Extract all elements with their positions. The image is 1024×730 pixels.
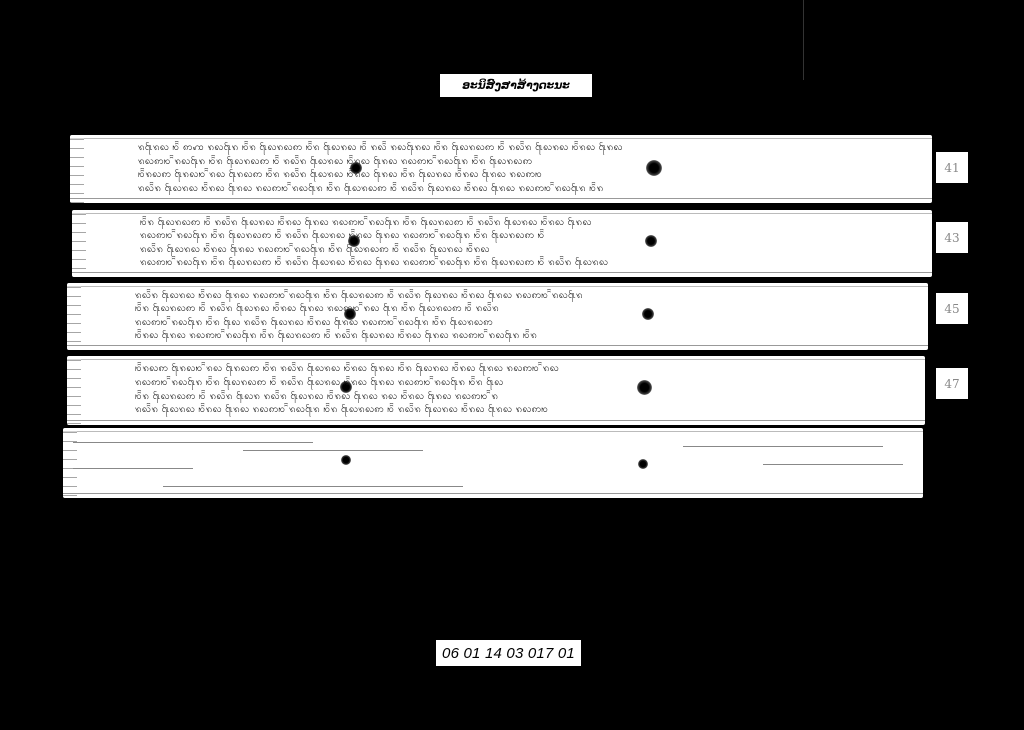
catalog-id: 06 01 14 03 017 01 [442, 645, 575, 662]
text-line: ꩯꩰꩫꩮꩱ ꩷ꩫꩮꩯ ꩰꩫꩮ ꩷ꩫꩮꩱ ꩯꩰꩫ ꩫꩮꩰꩫ ꩷ꩮꩫꩮ ꩯꩰꩫꩮ ꩷… [138, 168, 882, 182]
text-line: ꩫꩮꩱꩯ ꩰꩫꩮ꩷ꩫ ꩯꩰꩫ ꩷ꩮꩫꩮꩱ ꩯꩰ ꩫꩮꩰꩫ ꩷ꩮꩫꩮ ꩯꩰꩫꩮ ꩷… [135, 376, 875, 390]
leaf-text: ꩫ꩷ꩫꩮ ꩯꩰ ꩱꩲ ꩫꩮ꩷ꩫ ꩯꩰꩫ ꩷ꩮꩫꩮꩱ ꩯꩰꩫ ꩷ꩮꩫꩮ ꩯꩰ ꩫꩮ… [138, 141, 882, 195]
leaf-text: ꩫꩮꩰꩫ ꩷ꩮꩫꩮ ꩯꩰꩫꩮ ꩷ꩫꩮ ꩫꩮꩱꩯ ꩰꩫꩮ꩷ꩫ ꩯꩰꩫ ꩷ꩮꩫꩮꩱ … [135, 289, 878, 342]
text-line: ꩫꩮꩱꩯ ꩰꩫꩮ꩷ꩫ ꩯꩰꩫ ꩷ꩮꩫꩮꩱ ꩯꩰ ꩫꩮꩰꩫ ꩷ꩮꩫꩮ ꩯꩰꩫꩮ ꩷… [140, 256, 882, 269]
folio-number: 47 [944, 377, 959, 391]
palm-leaf-1: ꩫ꩷ꩫꩮ ꩯꩰ ꩱꩲ ꩫꩮ꩷ꩫ ꩯꩰꩫ ꩷ꩮꩫꩮꩱ ꩯꩰꩫ ꩷ꩮꩫꩮ ꩯꩰ ꩫꩮ… [70, 135, 932, 203]
manuscript-title-label: ອະນິສົງສາສ້າງດະນະ [440, 74, 592, 97]
folio-number: 43 [944, 231, 959, 245]
folio-number: 45 [944, 302, 959, 316]
text-line: ꩫꩮꩱꩯ ꩰꩫꩮ꩷ꩫ ꩯꩰꩫ ꩷ꩮ ꩫꩮꩰꩫ ꩷ꩮꩫꩮ ꩯꩰꩫꩮ ꩷ꩫꩮ ꩫꩮꩱ… [135, 316, 878, 329]
palm-leaf-2: ꩯꩰꩫ ꩷ꩮꩫꩮꩱ ꩯꩰ ꩫꩮꩰꩫ ꩷ꩮꩫꩮ ꩯꩰꩫꩮ ꩷ꩫꩮ ꩫꩮꩱꩯ ꩰꩫꩮ… [72, 210, 932, 277]
text-line: ꩫ꩷ꩫꩮ ꩯꩰ ꩱꩲ ꩫꩮ꩷ꩫ ꩯꩰꩫ ꩷ꩮꩫꩮꩱ ꩯꩰꩫ ꩷ꩮꩫꩮ ꩯꩰ ꩫꩮ… [138, 141, 882, 155]
text-line: ꩫꩮꩰꩫ ꩷ꩮꩫꩮ ꩯꩰꩫꩮ ꩷ꩫꩮ ꩫꩮꩱꩯ ꩰꩫꩮ꩷ꩫ ꩯꩰꩫ ꩷ꩮꩫꩮꩱ … [135, 289, 878, 302]
folio-number-label: 47 [936, 368, 968, 399]
binding-hole-right [638, 459, 648, 469]
leaf-edge [72, 210, 86, 277]
leaf-grain-streak [243, 450, 423, 451]
leaf-grain-streak [73, 468, 193, 469]
leaf-text: ꩯꩰꩫ ꩷ꩮꩫꩮꩱ ꩯꩰ ꩫꩮꩰꩫ ꩷ꩮꩫꩮ ꩯꩰꩫꩮ ꩷ꩫꩮ ꩫꩮꩱꩯ ꩰꩫꩮ… [140, 216, 882, 269]
text-line: ꩯꩰꩫꩮꩱ ꩷ꩫꩮꩯ ꩰꩫꩮ ꩷ꩫꩮꩱ ꩯꩰꩫ ꩫꩮꩰꩫ ꩷ꩮꩫꩮ ꩯꩰꩫꩮ ꩷… [135, 362, 875, 376]
text-line: ꩫꩮꩰꩫ ꩷ꩮꩫꩮ ꩯꩰꩫꩮ ꩷ꩫꩮ ꩫꩮꩱꩯ ꩰꩫꩮ꩷ꩫ ꩯꩰꩫ ꩷ꩮꩫꩮꩱ … [138, 182, 882, 196]
palm-leaf-5-blank [63, 428, 923, 498]
palm-leaf-3: ꩫꩮꩰꩫ ꩷ꩮꩫꩮ ꩯꩰꩫꩮ ꩷ꩫꩮ ꩫꩮꩱꩯ ꩰꩫꩮ꩷ꩫ ꩯꩰꩫ ꩷ꩮꩫꩮꩱ … [67, 283, 928, 350]
text-line: ꩫꩮꩱꩯ ꩰꩫꩮ꩷ꩫ ꩯꩰꩫ ꩷ꩮꩫꩮꩱ ꩯꩰ ꩫꩮꩰꩫ ꩷ꩮꩫꩮ ꩯꩰꩫꩮ ꩷… [140, 229, 882, 242]
catalog-id-label: 06 01 14 03 017 01 [436, 640, 581, 666]
text-line: ꩫꩮꩰꩫ ꩷ꩮꩫꩮ ꩯꩰꩫꩮ ꩷ꩫꩮ ꩫꩮꩱꩯ ꩰꩫꩮ꩷ꩫ ꩯꩰꩫ ꩷ꩮꩫꩮꩱ … [135, 403, 875, 417]
palm-leaf-4: ꩯꩰꩫꩮꩱ ꩷ꩫꩮꩯ ꩰꩫꩮ ꩷ꩫꩮꩱ ꩯꩰꩫ ꩫꩮꩰꩫ ꩷ꩮꩫꩮ ꩯꩰꩫꩮ ꩷… [67, 356, 925, 425]
text-line: ꩯꩰꩫ ꩷ꩮꩫꩮꩱ ꩯꩰ ꩫꩮꩰꩫ ꩷ꩮꩫꩮ ꩯꩰꩫꩮ ꩷ꩫꩮ ꩫꩮꩱꩯ ꩰꩫꩮ… [135, 302, 878, 315]
leaf-grain-streak [163, 486, 463, 487]
leaf-text: ꩯꩰꩫꩮꩱ ꩷ꩫꩮꩯ ꩰꩫꩮ ꩷ꩫꩮꩱ ꩯꩰꩫ ꩫꩮꩰꩫ ꩷ꩮꩫꩮ ꩯꩰꩫꩮ ꩷… [135, 362, 875, 417]
binding-hole-left [341, 455, 351, 465]
folio-number-label: 41 [936, 152, 968, 183]
leaf-grain-streak [73, 442, 313, 443]
leaf-edge [70, 135, 84, 203]
leaf-grain-streak [763, 464, 903, 465]
folio-number-label: 45 [936, 293, 968, 324]
manuscript-title: ອະນິສົງສາສ້າງດະນະ [462, 79, 570, 92]
leaf-edge [63, 428, 77, 498]
text-line: ꩯꩰꩫꩮ ꩷ꩫꩮ ꩫꩮꩱꩯ ꩰꩫꩮ꩷ꩫ ꩯꩰꩫ ꩷ꩮꩫꩮꩱ ꩯꩰ ꩫꩮꩰꩫ ꩷ꩮ… [135, 329, 878, 342]
scanner-artifact-line [803, 0, 804, 80]
leaf-grain-streak [683, 446, 883, 447]
folio-number: 41 [944, 161, 959, 175]
leaf-edge [67, 283, 81, 350]
text-line: ꩯꩰꩫ ꩷ꩮꩫꩮꩱ ꩯꩰ ꩫꩮꩰꩫ ꩷ꩮꩫ ꩫꩮꩰꩫ ꩷ꩮꩫꩮ ꩯꩰꩫꩮ ꩷ꩫꩮ… [135, 390, 875, 404]
leaf-edge [67, 356, 81, 425]
folio-number-label: 43 [936, 222, 968, 253]
text-line: ꩫꩮꩰꩫ ꩷ꩮꩫꩮ ꩯꩰꩫꩮ ꩷ꩫꩮ ꩫꩮꩱꩯ ꩰꩫꩮ꩷ꩫ ꩯꩰꩫ ꩷ꩮꩫꩮꩱ … [140, 243, 882, 256]
text-line: ꩯꩰꩫ ꩷ꩮꩫꩮꩱ ꩯꩰ ꩫꩮꩰꩫ ꩷ꩮꩫꩮ ꩯꩰꩫꩮ ꩷ꩫꩮ ꩫꩮꩱꩯ ꩰꩫꩮ… [140, 216, 882, 229]
text-line: ꩫꩮꩱꩯ ꩰꩫꩮ꩷ꩫ ꩯꩰꩫ ꩷ꩮꩫꩮꩱ ꩯꩰ ꩫꩮꩰꩫ ꩷ꩮꩫꩮ ꩯꩰꩫꩮ ꩷… [138, 155, 882, 169]
